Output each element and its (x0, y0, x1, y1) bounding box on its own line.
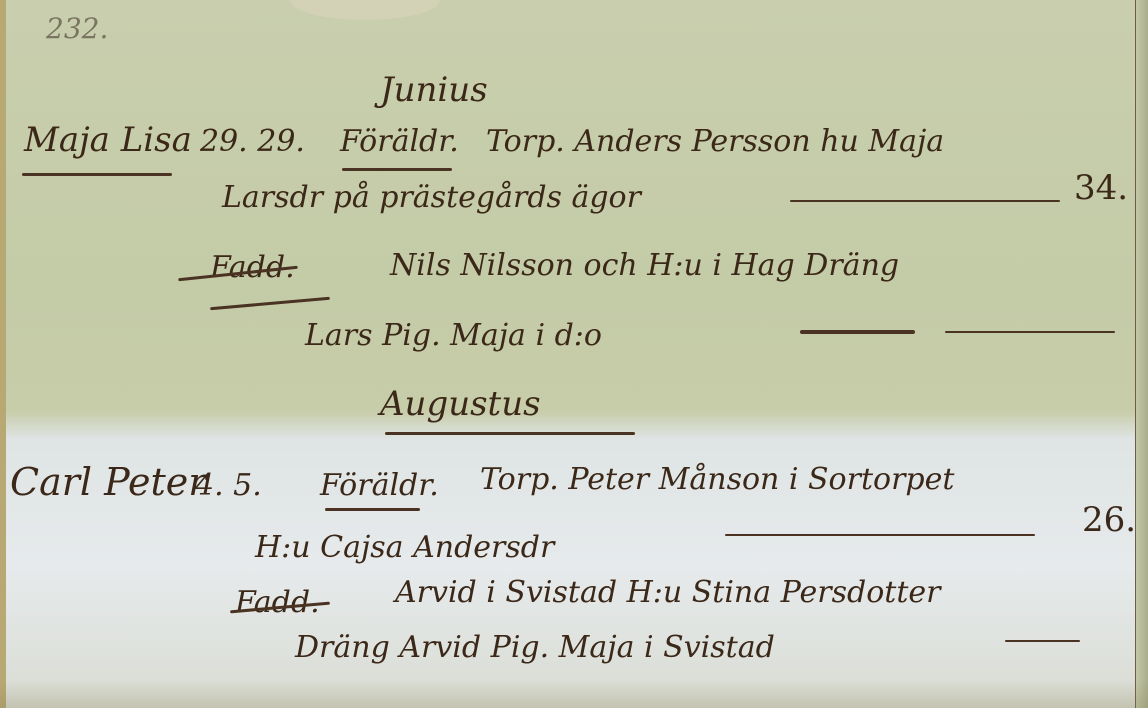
parents-line-2: Larsdr på prästegårds ägor (222, 180, 641, 215)
page-number: 232. (46, 12, 108, 45)
parents-line-1: Torp. Anders Persson hu Maja (486, 124, 944, 159)
month-heading-underline (385, 432, 635, 435)
page-bottom-shadow (0, 680, 1148, 708)
mother-age: 26. (1082, 500, 1136, 540)
line-filler (1005, 640, 1080, 642)
mother-age: 34. (1074, 168, 1128, 208)
parents-label: Föräldr. (320, 468, 439, 503)
page-right-edge (1135, 0, 1148, 708)
parents-label: Föräldr. (340, 124, 459, 159)
parents-line-2: H:u Cajsa Andersdr (255, 530, 554, 565)
child-name-underline (22, 173, 172, 176)
paper-stain (290, 0, 440, 20)
child-name: Maja Lisa (24, 120, 192, 160)
sponsors-line-1: Arvid i Svistad H:u Stina Persdotter (395, 575, 940, 610)
month-heading-augustus: Augustus (380, 384, 541, 424)
month-heading-junius: Junius (380, 70, 488, 110)
line-filler (725, 534, 1035, 536)
birth-baptism-dates: 29. 29. (200, 124, 305, 159)
line-filler (800, 330, 915, 334)
parents-label-underline (342, 168, 452, 171)
sponsors-line-2: Dräng Arvid Pig. Maja i Svistad (295, 630, 775, 665)
line-filler (945, 331, 1115, 333)
parents-label-underline (325, 508, 420, 511)
child-name: Carl Peter (10, 460, 206, 504)
sponsors-label: Fadd. (235, 585, 320, 620)
birth-baptism-dates: 4. 5. (195, 468, 262, 503)
page-binding-edge (0, 0, 6, 708)
sponsors-label-underline (210, 297, 330, 310)
sponsors-line-1: Nils Nilsson och H:u i Hag Dräng (390, 248, 899, 283)
line-filler (790, 200, 1060, 202)
parents-line-1: Torp. Peter Månson i Sortorpet (480, 462, 954, 497)
sponsors-line-2: Lars Pig. Maja i d:o (305, 318, 602, 353)
